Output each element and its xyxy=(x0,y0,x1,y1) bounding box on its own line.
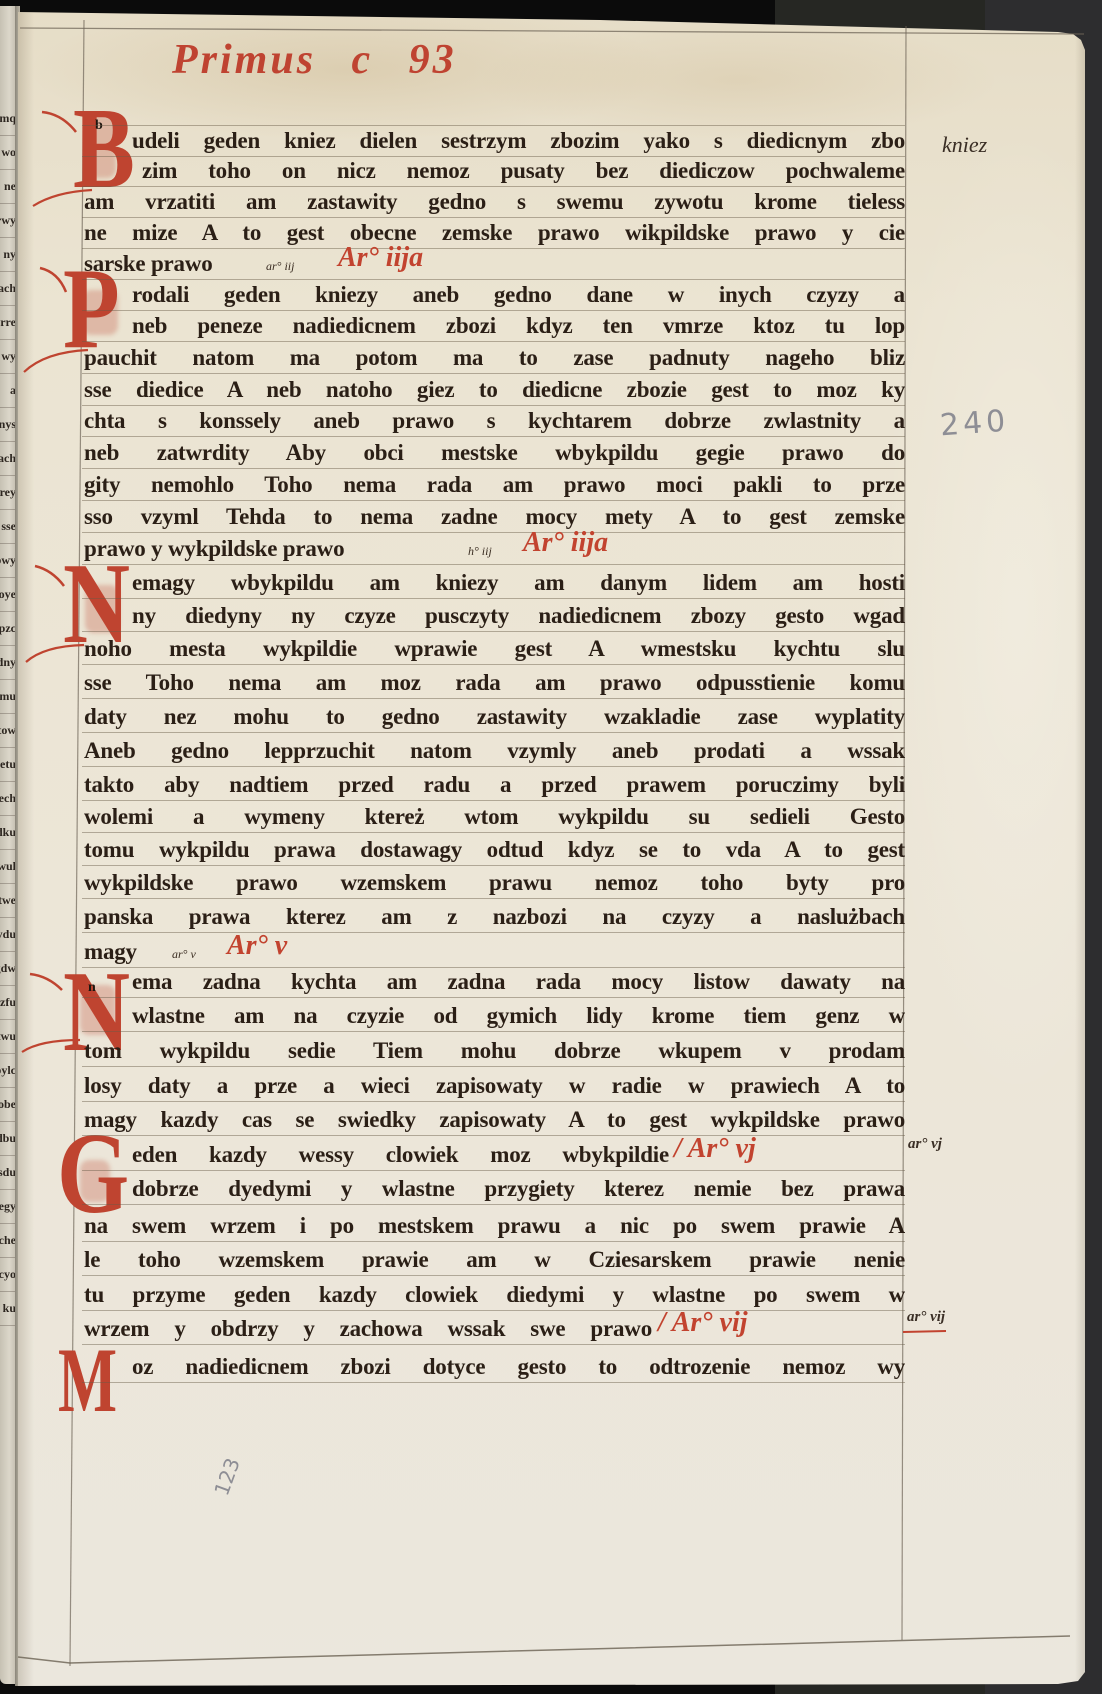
line-text: rodali geden kniezy aneb gedno dane w in… xyxy=(82,280,905,310)
text-line: noho mesta wykpildie wprawie gest A wmes… xyxy=(82,634,905,665)
text-line: neb peneze nadiedicnem zbozi kdyz ten vm… xyxy=(82,311,905,342)
facing-fragment: owul xyxy=(0,850,16,884)
text-line: le toho wzemskem prawie am w Cziesarskem… xyxy=(82,1245,905,1276)
line-text: wolemi a wymeny ktereż wtom wykpildu su … xyxy=(82,802,905,832)
line-text: am vrzatiti am zastawity gedno s swemu z… xyxy=(82,187,905,217)
text-line: pauchit natom ma potom ma to zase padnut… xyxy=(82,343,905,374)
text-line: wykpildske prawo wzemskem prawu nemoz to… xyxy=(82,868,905,899)
article-rubric: / Ar° vj xyxy=(674,1134,756,1164)
text-line: na swem wrzem i po mestskem prawu a nic … xyxy=(82,1211,905,1242)
facing-fragment: sse xyxy=(0,510,16,544)
facing-fragment: rgdw xyxy=(0,952,16,986)
pencil-folio-number: 240 xyxy=(939,404,1011,444)
line-text: tom wykpildu sedie Tiem mohu dobrze wkup… xyxy=(82,1036,905,1066)
line-text: oz nadiedicnem zbozi dotyce gesto to odt… xyxy=(82,1352,905,1382)
text-line: dobrze dyedymi y wlastne przygiety ktere… xyxy=(82,1174,905,1205)
facing-fragment: iche xyxy=(0,1224,16,1258)
line-text: sse diedice A neb natoho giez to diedicn… xyxy=(82,375,905,405)
text-line: wlastne am na czyzie od gymich lidy krom… xyxy=(82,1001,905,1032)
rubricator-guide-note: ar° v xyxy=(172,939,196,969)
line-text: sarske prawo xyxy=(82,249,905,279)
line-text: emagy wbykpildu am kniezy am danym lidem… xyxy=(82,568,905,598)
text-line: tom wykpildu sedie Tiem mohu dobrze wkup… xyxy=(82,1036,905,1067)
text-line: wrzem y obdrzy y zachowa wssak swe prawo… xyxy=(82,1314,905,1345)
facing-fragment: a xyxy=(0,374,16,408)
text-line: eden kazdy wessy clowiek moz wbykpildie … xyxy=(82,1140,905,1171)
facing-fragment: retu xyxy=(0,748,16,782)
facing-fragment: sdu xyxy=(0,1156,16,1190)
facing-fragment: obe xyxy=(0,1088,16,1122)
facing-fragment: wy xyxy=(0,340,16,374)
article-rubric: Ar° iija xyxy=(523,528,608,558)
line-text: magy xyxy=(82,937,905,967)
line-text: panska prawa kterez am z nazbozi na czyz… xyxy=(82,902,905,932)
line-text: na swem wrzem i po mestskem prawu a nic … xyxy=(82,1211,905,1241)
line-text: sso vzyml Tehda to nema zadne mocy mety … xyxy=(82,502,905,532)
margin-chapter-note: ar° vj xyxy=(908,1136,942,1153)
line-text: noho mesta wykpildie wprawie gest A wmes… xyxy=(82,634,905,664)
line-text: ny diedyny ny czyze pusczyty nadiedicnem… xyxy=(82,601,905,631)
facing-fragment: pzfu xyxy=(0,986,16,1020)
line-text: wykpildske prawo wzemskem prawu nemoz to… xyxy=(82,868,905,898)
line-text: ne mize A to gest obecne zemske prawo wi… xyxy=(82,218,905,248)
text-line: magy ar° v Ar° v xyxy=(82,937,905,968)
text-line: takto aby nadtiem przed radu a przed pra… xyxy=(82,770,905,801)
line-text: sse Toho nema am moz rada am prawo odpus… xyxy=(82,668,905,698)
text-line: sse diedice A neb natoho giez to diedicn… xyxy=(82,375,905,406)
facing-fragment: ne xyxy=(0,170,16,204)
line-text: tu przyme geden kazdy clowiek diedymi y … xyxy=(82,1280,905,1310)
facing-fragment: ydu xyxy=(0,918,16,952)
facing-fragment: ach xyxy=(0,272,16,306)
line-text: dobrze dyedymi y wlastne przygiety ktere… xyxy=(82,1174,905,1204)
text-line: emagy wbykpildu am kniezy am danym lidem… xyxy=(82,568,905,599)
text-line: tomu wykpildu prawa dostawagy odtud kdyz… xyxy=(82,835,905,866)
text-line: losy daty a prze a wieci zapisowaty w ra… xyxy=(82,1071,905,1102)
facing-fragment: rwy xyxy=(0,204,16,238)
facing-page-text-fragments: mq wo ne rwy ny ach rre wy a nys ach rey… xyxy=(0,102,16,1326)
rubricator-guide-note: ar° iij xyxy=(266,251,294,281)
line-text: wlastne am na czyzie od gymich lidy krom… xyxy=(82,1001,905,1031)
article-rubric: / Ar° vij xyxy=(658,1308,748,1338)
facing-fragment: rre xyxy=(0,306,16,340)
facing-fragment: omu xyxy=(0,680,16,714)
facing-fragment: pzc xyxy=(0,612,16,646)
article-rubric: Ar° iija xyxy=(338,243,423,273)
text-line: sse Toho nema am moz rada am prawo odpus… xyxy=(82,668,905,699)
line-text: wrzem y obdrzy y zachowa wssak swe prawo xyxy=(82,1314,652,1344)
text-line: prawo y wykpildske prawo h° iij Ar° iija xyxy=(82,534,905,565)
article-rubric: Ar° v xyxy=(227,931,287,961)
text-line: rodali geden kniezy aneb gedno dane w in… xyxy=(82,280,905,311)
text-line: zim toho on nicz nemoz pusaty bez diedic… xyxy=(82,156,905,187)
rubricator-guide-note: h° iij xyxy=(468,536,492,566)
facing-fragment: ach xyxy=(0,442,16,476)
line-text: gity nemohlo Toho nema rada am prawo moc… xyxy=(82,470,905,500)
line-text: magy kazdy cas se swiedky zapisowaty A t… xyxy=(82,1105,905,1135)
line-text: tomu wykpildu prawa dostawagy odtud kdyz… xyxy=(82,835,905,865)
facing-fragment: adny xyxy=(0,646,16,680)
line-text: daty nez mohu to gedno zastawity wzaklad… xyxy=(82,702,905,732)
line-text: chta s konssely aneb prawo s kychtarem d… xyxy=(82,406,905,436)
margin-chapter-note: ar° vij xyxy=(907,1309,945,1326)
facing-fragment: rtwe xyxy=(0,884,16,918)
facing-fragment: boye xyxy=(0,578,16,612)
text-line: neb zatwrdity Aby obci mestske wbykpildu… xyxy=(82,438,905,469)
facing-fragment: mq xyxy=(0,102,16,136)
text-line: ne mize A to gest obecne zemske prawo wi… xyxy=(82,218,905,249)
facing-fragment: dbu xyxy=(0,1122,16,1156)
facing-fragment: wo xyxy=(0,136,16,170)
line-text: zim toho on nicz nemoz pusaty bez diedic… xyxy=(82,156,905,186)
text-line: ny diedyny ny czyze pusczyty nadiedicnem… xyxy=(82,601,905,632)
facing-fragment: cyo xyxy=(0,1258,16,1292)
line-text: udeli geden kniez dielen sestrzym zbozim… xyxy=(82,126,905,156)
line-text: pauchit natom ma potom ma to zase padnut… xyxy=(82,343,905,373)
line-text: takto aby nadtiem przed radu a przed pra… xyxy=(82,770,905,800)
line-text: neb zatwrdity Aby obci mestske wbykpildu… xyxy=(82,438,905,468)
text-line: magy kazdy cas se swiedky zapisowaty A t… xyxy=(82,1105,905,1136)
text-line: gity nemohlo Toho nema rada am prawo moc… xyxy=(82,470,905,501)
text-line: sarske prawo ar° iij Ar° iija xyxy=(82,249,905,280)
facing-fragment: rdku xyxy=(0,816,16,850)
text-line: udeli geden kniez dielen sestrzym zbozim… xyxy=(82,125,905,157)
facing-fragment: ny xyxy=(0,238,16,272)
text-line: oz nadiedicnem zbozi dotyce gesto to odt… xyxy=(82,1352,905,1383)
line-text: ema zadna kychta am zadna rada mocy list… xyxy=(82,967,905,997)
line-text: le toho wzemskem prawie am w Cziesarskem… xyxy=(82,1245,905,1275)
line-text: eden kazdy wessy clowiek moz wbykpildie xyxy=(82,1140,669,1170)
facing-fragment: nys xyxy=(0,408,16,442)
text-line: chta s konssely aneb prawo s kychtarem d… xyxy=(82,406,905,437)
line-text: neb peneze nadiedicnem zbozi kdyz ten vm… xyxy=(82,311,905,341)
text-line: am vrzatiti am zastawity gedno s swemu z… xyxy=(82,187,905,218)
facing-fragment: egy xyxy=(0,1190,16,1224)
facing-fragment: bwy xyxy=(0,544,16,578)
line-text: losy daty a prze a wieci zapisowaty w ra… xyxy=(82,1071,905,1101)
text-line: panska prawa kterez am z nazbozi na czyz… xyxy=(82,902,905,933)
text-line: tu przyme geden kazdy clowiek diedymi y … xyxy=(82,1280,905,1311)
facing-fragment: ptow xyxy=(0,714,16,748)
facing-fragment: etwu xyxy=(0,1020,16,1054)
text-line: daty nez mohu to gedno zastawity wzaklad… xyxy=(82,702,905,733)
text-line: wolemi a wymeny ktereż wtom wykpildu su … xyxy=(82,802,905,833)
line-text: prawo y wykpildske prawo xyxy=(82,534,905,564)
text-line: ema zadna kychta am zadna rada mocy list… xyxy=(82,967,905,998)
facing-fragment: ku xyxy=(0,1292,16,1326)
running-header: Primus c 93 xyxy=(172,36,457,84)
line-text: Aneb gedno lepprzuchit natom vzymly aneb… xyxy=(82,736,905,766)
text-line: Aneb gedno lepprzuchit natom vzymly aneb… xyxy=(82,736,905,767)
facing-fragment: ech xyxy=(0,782,16,816)
facing-fragment: rey xyxy=(0,476,16,510)
text-line: sso vzyml Tehda to nema zadne mocy mety … xyxy=(82,502,905,533)
margin-note-kniez: kniez xyxy=(942,132,987,158)
facing-fragment: pylc xyxy=(0,1054,16,1088)
